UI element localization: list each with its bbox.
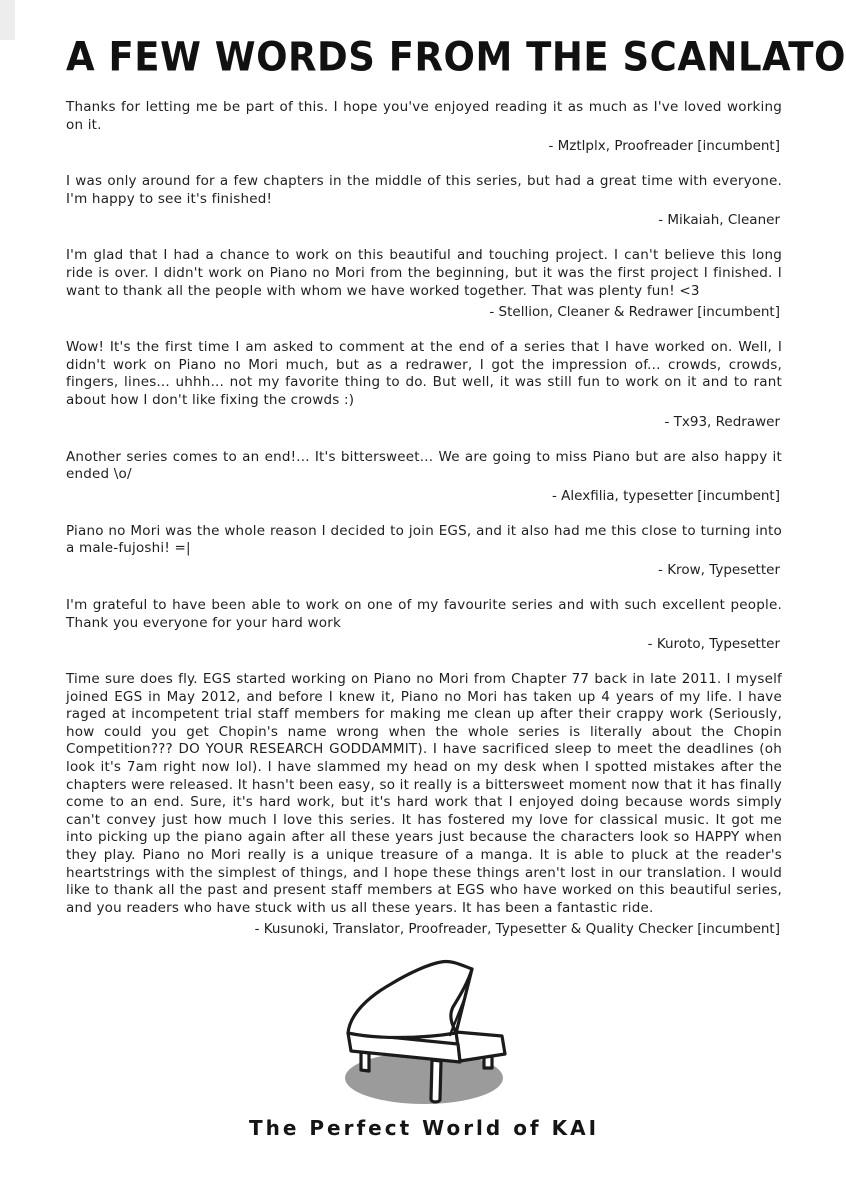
credit-entry: Wow! It's the first time I am asked to c… (66, 339, 782, 430)
scanlator-message: I'm grateful to have been able to work o… (66, 597, 782, 632)
scanlator-message: Wow! It's the first time I am asked to c… (66, 339, 782, 409)
credit-entry: I'm grateful to have been able to work o… (66, 597, 782, 653)
credit-entry: I was only around for a few chapters in … (66, 173, 782, 229)
scanlator-attribution: - Tx93, Redrawer (66, 414, 782, 431)
scanlator-message: I was only around for a few chapters in … (66, 173, 782, 208)
scanlator-message: Thanks for letting me be part of this. I… (66, 99, 782, 134)
scanlator-attribution: - Kuroto, Typesetter (66, 636, 782, 653)
scanlator-attribution: - Alexfilia, typesetter [incumbent] (66, 488, 782, 505)
scanlator-message: Another series comes to an end!... It's … (66, 449, 782, 484)
grand-piano-illustration-icon (306, 956, 542, 1114)
scanlator-attribution: - Kusunoki, Translator, Proofreader, Typ… (66, 921, 782, 938)
scanlator-attribution: - Mikaiah, Cleaner (66, 212, 782, 229)
scanlator-attribution: - Mztlplx, Proofreader [incumbent] (66, 138, 782, 155)
scanlator-message: I'm glad that I had a chance to work on … (66, 247, 782, 300)
credit-entry: Thanks for letting me be part of this. I… (66, 99, 782, 155)
credit-entry: Time sure does fly. EGS started working … (66, 671, 782, 938)
credit-entry: Piano no Mori was the whole reason I dec… (66, 523, 782, 579)
scanlator-attribution: - Krow, Typesetter (66, 562, 782, 579)
scanlator-message: Time sure does fly. EGS started working … (66, 671, 782, 917)
scanlator-attribution: - Stellion, Cleaner & Redrawer [incumben… (66, 304, 782, 321)
scanlator-message: Piano no Mori was the whole reason I dec… (66, 523, 782, 558)
scan-artifact (0, 0, 15, 40)
credit-entry: Another series comes to an end!... It's … (66, 449, 782, 505)
page-title: A FEW WORDS FROM THE SCANLATORS (66, 34, 782, 80)
scanlation-credits-page: A FEW WORDS FROM THE SCANLATORS Thanks f… (0, 0, 846, 1200)
credit-entry: I'm glad that I had a chance to work on … (66, 247, 782, 321)
footer: The Perfect World of KAI (66, 956, 782, 1140)
footer-caption: The Perfect World of KAI (66, 1116, 782, 1140)
